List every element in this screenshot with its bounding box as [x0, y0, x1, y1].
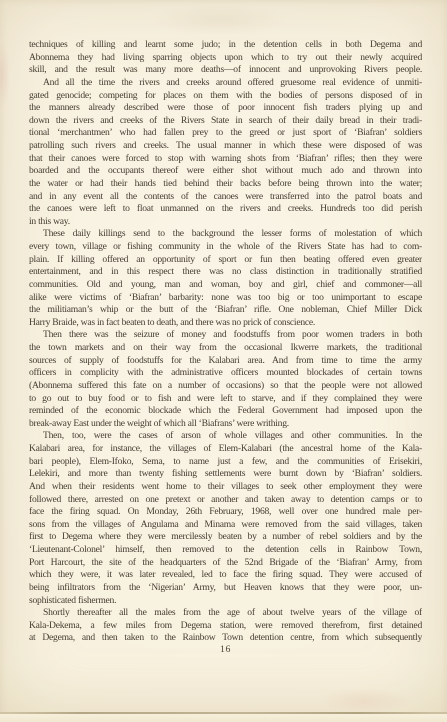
text-line: And all the time the rivers and creeks a… — [29, 77, 422, 90]
text-line: followed there, arrested on one pretext … — [29, 494, 422, 507]
text-line: every town, village or fishing community… — [29, 241, 422, 254]
text-line: gated genocide; competing for places on … — [29, 90, 422, 103]
paragraph: Shortly thereafter all the males from th… — [29, 607, 422, 645]
text-line: plain. If killing offered an opportunity… — [29, 254, 422, 267]
text-line: Abonnema they had living sparring object… — [29, 52, 422, 65]
text-line: sons from the villages of Angulama and M… — [29, 519, 422, 532]
text-line: Shortly thereafter all the males from th… — [29, 607, 422, 620]
text-line: being infiltrators from the ‘Nigerian’ A… — [29, 582, 422, 595]
text-line: sophisticated fishermen. — [29, 595, 422, 608]
text-line: to go out to buy food or to fish and wer… — [29, 393, 422, 406]
text-line: These daily killings send to the backgro… — [29, 228, 422, 241]
text-line: ‘Lieutenant-Colonel’ himself, then remov… — [29, 544, 422, 557]
text-line: Lelekiri, and more than twenty fishing s… — [29, 468, 422, 481]
text-line: the canoes were left to float unmanned o… — [29, 203, 422, 216]
text-line: communities. Old and young, man and woma… — [29, 279, 422, 292]
text-line: And when their residents went home to th… — [29, 481, 422, 494]
text-line: techniques of killing and learnt some ju… — [29, 39, 422, 52]
text-line: reminded of the economic blockade which … — [29, 405, 422, 418]
text-line: Port Harcourt, the site of the headquart… — [29, 557, 422, 570]
page-bottom-edge-line — [0, 712, 447, 714]
text-line: entertainment, and in this respect there… — [29, 266, 422, 279]
text-line: (Abonnema suffered this fate on a number… — [29, 380, 422, 393]
text-line: tional ‘merchantmen’ who had fallen prey… — [29, 127, 422, 140]
text-line: in this way. — [29, 216, 422, 229]
page-bottom-strip — [0, 714, 447, 722]
scanned-book-page: techniques of killing and learnt some ju… — [0, 0, 447, 722]
paragraph: techniques of killing and learnt some ju… — [29, 39, 422, 77]
text-line: the militiaman’s whip or the butt of the… — [29, 304, 422, 317]
text-line: skill, and the result was many more deat… — [29, 64, 422, 77]
page-number: 16 — [29, 644, 422, 655]
text-line: Then there was the seizure of money and … — [29, 329, 422, 342]
text-line: Kalabari area, for instance, the village… — [29, 443, 422, 456]
text-line: alike were victims of ‘Biafran’ barbarit… — [29, 292, 422, 305]
text-line: first to Degema where they were merciles… — [29, 531, 422, 544]
text-line: the manners already described were those… — [29, 102, 422, 115]
page-text: techniques of killing and learnt some ju… — [29, 39, 422, 645]
text-line: and in any event all the contents of the… — [29, 191, 422, 204]
text-line: sources of supply of foodstuffs for the … — [29, 355, 422, 368]
text-line: boarded and the occupants thereof were e… — [29, 165, 422, 178]
text-line: face the firing squad. On Monday, 26th F… — [29, 506, 422, 519]
text-line: bari people), Elem-Ifoko, Sema, to name … — [29, 456, 422, 469]
text-line: officers in complicity with the administ… — [29, 367, 422, 380]
text-line: the water or had their hands tied behind… — [29, 178, 422, 191]
text-line: that their canoes were forced to stop wi… — [29, 153, 422, 166]
text-line: down the rivers and creeks of the Rivers… — [29, 115, 422, 128]
paragraph: Then, too, were the cases of arson of wh… — [29, 430, 422, 607]
paragraph: Then there was the seizure of money and … — [29, 329, 422, 430]
paper-stain — [150, 5, 290, 35]
paper-stain — [320, 688, 410, 714]
text-line: break-away East under the weight of whic… — [29, 418, 422, 431]
text-line: Harry Braide, was in fact beaten to deat… — [29, 317, 422, 330]
paragraph: And all the time the rivers and creeks a… — [29, 77, 422, 229]
text-line: patrolling such rivers and creeks. The u… — [29, 140, 422, 153]
paragraph: These daily killings send to the backgro… — [29, 228, 422, 329]
text-line: Then, too, were the cases of arson of wh… — [29, 430, 422, 443]
text-line: which they were, it was later revealed, … — [29, 569, 422, 582]
text-line: Kala-Dekema, a few miles from Degema sta… — [29, 620, 422, 633]
text-line: the town markets and on their way from t… — [29, 342, 422, 355]
paper-stain — [0, 40, 10, 110]
